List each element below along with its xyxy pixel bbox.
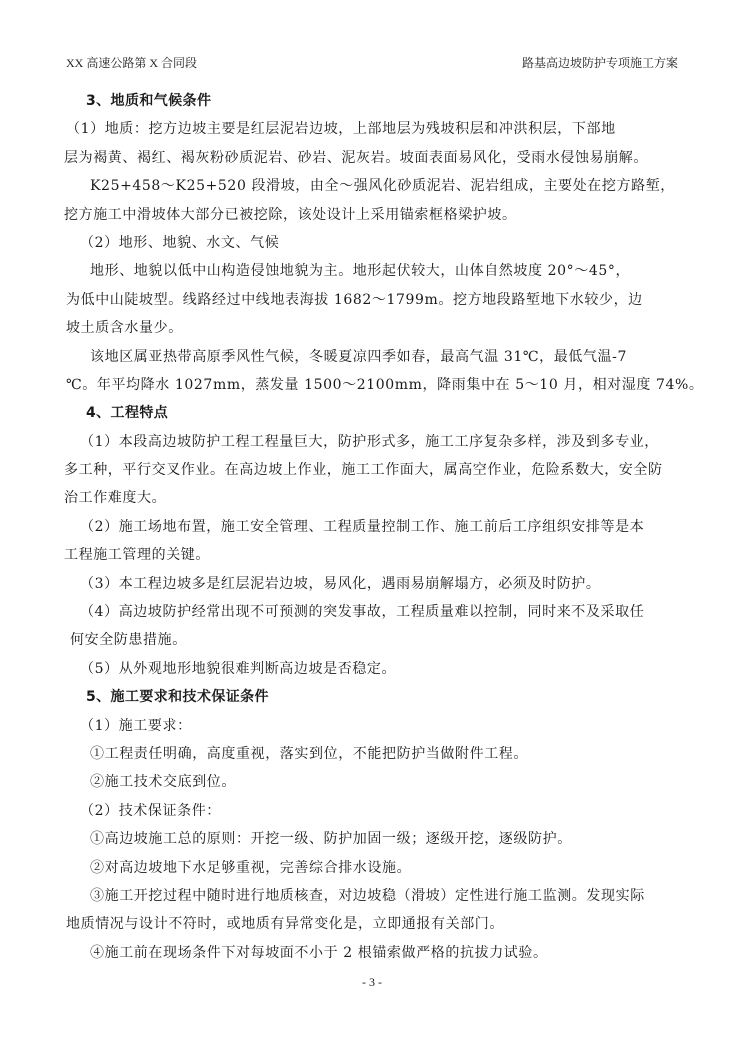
paragraph-line: 地形、地貌以低中山构造侵蚀地貌为主。地形起伏较大，山体自然坡度 20°～45°， bbox=[90, 262, 706, 280]
paragraph-line: 工程施工管理的关键。 bbox=[64, 546, 680, 564]
paragraph-line: （3）本工程边坡多是红层泥岩边坡，易风化，遇雨易崩解塌方，必须及时防护。 bbox=[80, 575, 696, 593]
section-heading: 3、地质和气候条件 bbox=[86, 92, 702, 110]
paragraph-line: ④施工前在现场条件下对每坡面不小于 2 根锚索做严格的抗拔力试验。 bbox=[90, 944, 706, 962]
paragraph-line: 坡土质含水量少。 bbox=[66, 319, 682, 337]
paragraph-line: 何安全防患措施。 bbox=[70, 631, 686, 649]
paragraph-line: 地质情况与设计不符时，或地质有异常变化是，立即通报有关部门。 bbox=[66, 915, 682, 933]
paragraph-line: （1）施工要求： bbox=[80, 717, 696, 735]
paragraph-line: ②施工技术交底到位。 bbox=[90, 773, 706, 791]
paragraph-line: 治工作难度大。 bbox=[64, 489, 680, 507]
page-number: - 3 - bbox=[0, 975, 744, 990]
paragraph-line: ①工程责任明确，高度重视，落实到位，不能把防护当做附件工程。 bbox=[90, 745, 706, 763]
paragraph-line: （2）施工场地布置，施工安全管理、工程质量控制工作、施工前后工序组织安排等是本 bbox=[80, 518, 696, 536]
paragraph-line: ℃。年平均降水 1027mm，蒸发量 1500～2100mm，降雨集中在 5～1… bbox=[66, 376, 682, 394]
header-right-title: 路基高边坡防护专项施工方案 bbox=[522, 54, 678, 71]
paragraph-line: （2）地形、地貌、水文、气候 bbox=[80, 234, 696, 252]
paragraph-line: ③施工开挖过程中随时进行地质核查，对边坡稳（滑坡）定性进行施工监测。发现实际 bbox=[90, 887, 706, 905]
header-left-title: XX 高速公路第 X 合同段 bbox=[66, 54, 197, 71]
paragraph-line: ①高边坡施工总的原则：开挖一级、防护加固一级；逐级开挖，逐级防护。 bbox=[90, 830, 706, 848]
paragraph-line: （4）高边坡防护经常出现不可预测的突发事故，工程质量难以控制，同时来不及采取任 bbox=[80, 603, 696, 621]
section-heading: 4、工程特点 bbox=[86, 404, 702, 422]
paragraph-line: 挖方施工中滑坡体大部分已被挖除，该处设计上采用锚索框格梁护坡。 bbox=[64, 206, 680, 224]
paragraph-line: （5）从外观地形地貌很难判断高边坡是否稳定。 bbox=[80, 660, 696, 678]
paragraph-line: （1）地质：挖方边坡主要是红层泥岩边坡，上部地层为残坡积层和冲洪积层，下部地 bbox=[66, 120, 682, 138]
paragraph-line: （2）技术保证条件： bbox=[80, 802, 696, 820]
paragraph-line: ②对高边坡地下水足够重视，完善综合排水设施。 bbox=[90, 859, 706, 877]
paragraph-line: 为低中山陡坡型。线路经过中线地表海拔 1682～1799m。挖方地段路堑地下水较… bbox=[66, 291, 682, 309]
paragraph-line: 多工种，平行交叉作业。在高边坡上作业，施工工作面大，属高空作业，危险系数大，安全… bbox=[64, 461, 680, 479]
paragraph-line: K25+458～K25+520 段滑坡，由全～强风化砂质泥岩、泥岩组成，主要处在… bbox=[90, 177, 706, 195]
paragraph-line: 该地区属亚热带高原季风性气候，冬暖夏凉四季如春，最高气温 31℃，最低气温-7 bbox=[90, 348, 706, 366]
paragraph-line: 层为褐黄、褐红、褐灰粉砂质泥岩、砂岩、泥灰岩。坡面表面易风化，受雨水侵蚀易崩解。 bbox=[64, 149, 680, 167]
paragraph-line: （1）本段高边坡防护工程工程量巨大，防护形式多，施工工序复杂多样，涉及到多专业， bbox=[80, 433, 696, 451]
section-heading: 5、施工要求和技术保证条件 bbox=[86, 688, 702, 706]
